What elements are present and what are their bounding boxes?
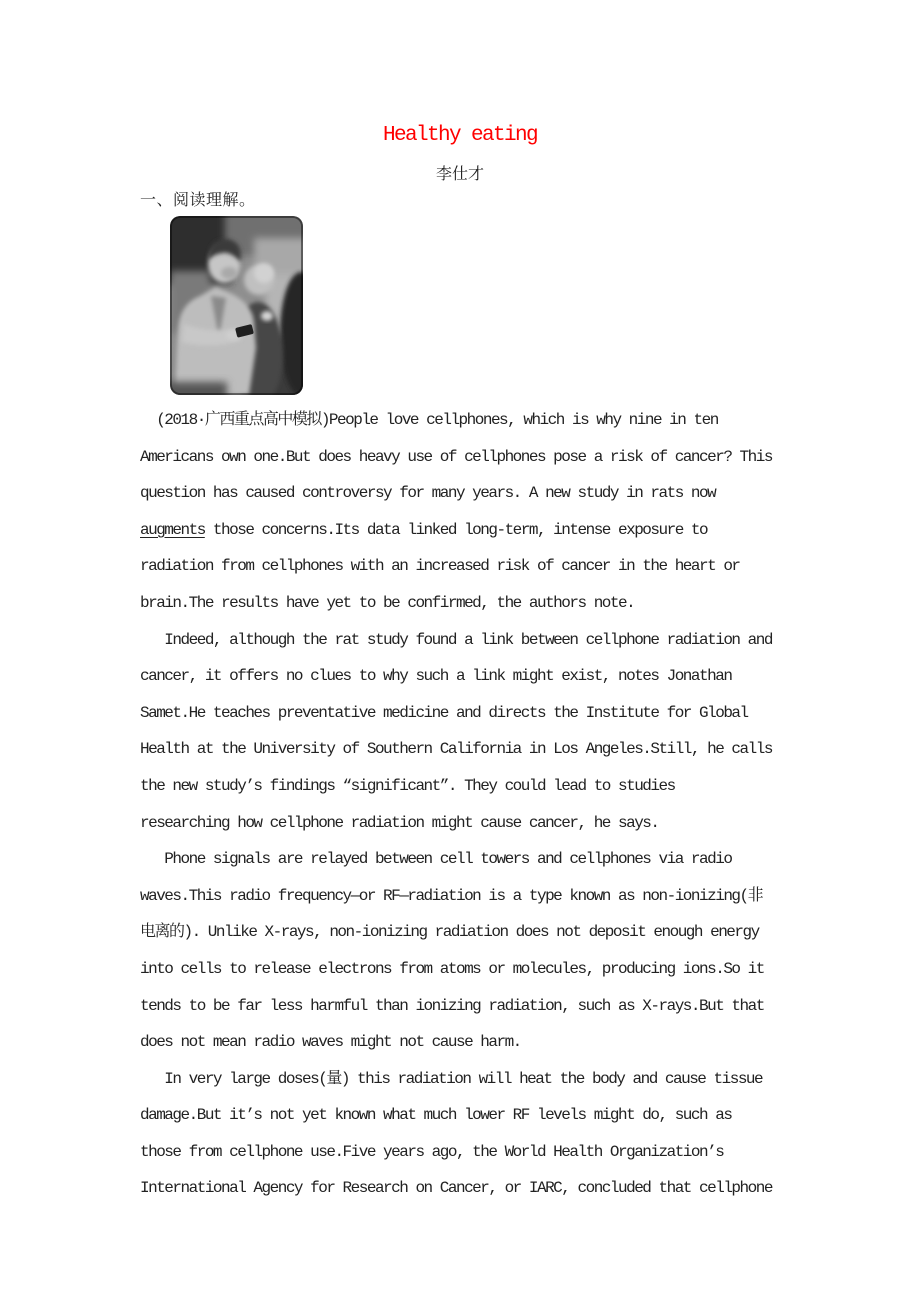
text-line: damage.But it’s not yet known what much … (140, 1097, 840, 1134)
text-line: those from cellphone use.Five years ago,… (140, 1134, 840, 1171)
text-line: tends to be far less harmful than ionizi… (140, 988, 840, 1025)
text-line: waves.This radio frequency—or RF—radiati… (140, 878, 840, 915)
text-line: Samet.He teaches preventative medicine a… (140, 695, 840, 732)
document-title: Healthy eating (0, 124, 920, 147)
text-line: Health at the University of Southern Cal… (140, 731, 840, 768)
text-line: augments those concerns.Its data linked … (140, 512, 840, 549)
text-line: In very large doses(量) this radiation wi… (140, 1061, 840, 1098)
text-line: question has caused controversy for many… (140, 475, 840, 512)
text-line: into cells to release electrons from ato… (140, 951, 840, 988)
author-name: 李仕才 (0, 161, 920, 184)
text-line: Americans own one.But does heavy use of … (140, 439, 840, 476)
text-line: cancer, it offers no clues to why such a… (140, 658, 840, 695)
text-line: radiation from cellphones with an increa… (140, 548, 840, 585)
article-body: (2018·广西重点高中模拟)People love cellphones, w… (140, 402, 840, 1207)
text-line: (2018·广西重点高中模拟)People love cellphones, w… (140, 402, 840, 439)
text-line: researching how cellphone radiation migh… (140, 805, 840, 842)
underlined-word: augments (140, 521, 205, 539)
text-line: does not mean radio waves might not caus… (140, 1024, 840, 1061)
text-line: the new study’s findings “significant”. … (140, 768, 840, 805)
text-line: International Agency for Research on Can… (140, 1170, 840, 1207)
section-heading: 一、阅读理解。 (140, 187, 256, 210)
text-line: Phone signals are relayed between cell t… (140, 841, 840, 878)
document-page: Healthy eating 李仕才 一、阅读理解。 (0, 0, 920, 1302)
cellphone-people-photo-illustration (170, 216, 303, 395)
article-photo (170, 216, 303, 395)
text-line-rest: those concerns.Its data linked long-term… (205, 521, 707, 539)
text-line: brain.The results have yet to be confirm… (140, 585, 840, 622)
text-line: Indeed, although the rat study found a l… (140, 622, 840, 659)
text-line: 电离的). Unlike X-rays, non-ionizing radiat… (140, 914, 840, 951)
